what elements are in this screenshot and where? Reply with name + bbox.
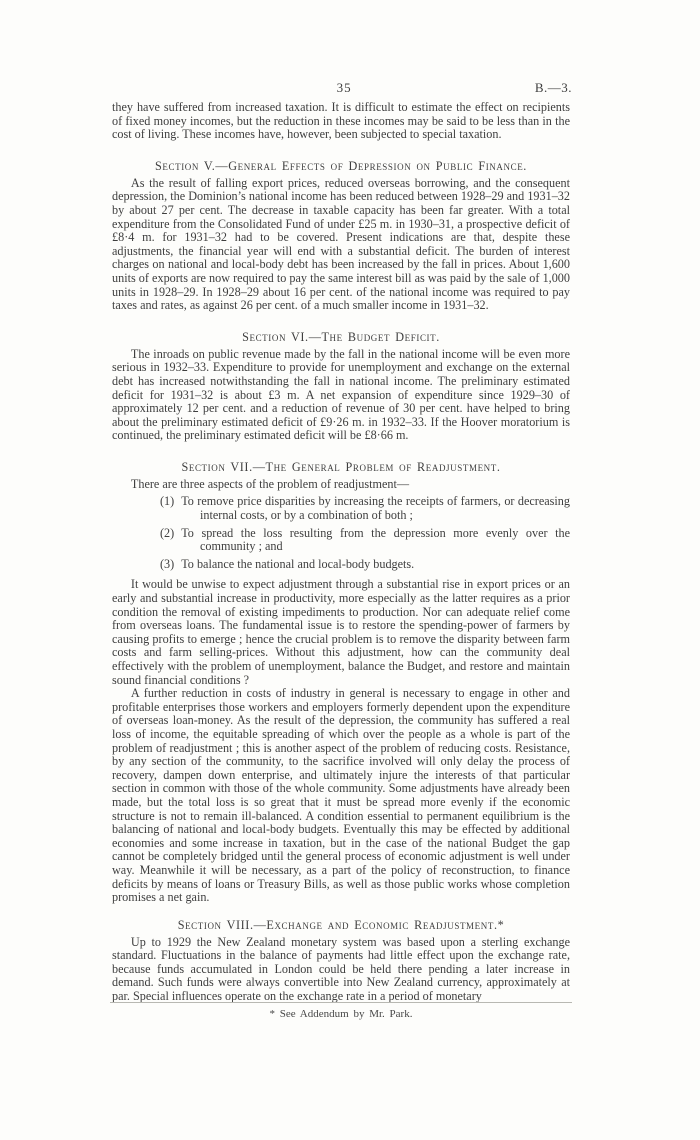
document-reference: B.—3. <box>535 80 572 96</box>
list-item-number: (3) <box>160 557 174 571</box>
section-v-heading: Section V.—General Effects of Depression… <box>112 159 570 173</box>
list-item-number: (1) <box>160 494 174 508</box>
section-vii-paragraph-1: It would be unwise to expect adjustment … <box>112 578 570 687</box>
section-vi-paragraph: The inroads on public revenue made by th… <box>112 348 570 443</box>
page-body: they have suffered from increased taxati… <box>112 101 570 1004</box>
section-vii-paragraph-2: A further reduction in costs of industry… <box>112 687 570 905</box>
list-item-text: To remove price disparities by increasin… <box>181 494 570 522</box>
list-item: (1)To remove price disparities by increa… <box>112 495 570 522</box>
list-item-number: (2) <box>160 526 174 540</box>
section-vi-heading: Section VI.—The Budget Deficit. <box>112 330 570 344</box>
footnote-rule <box>110 1002 572 1003</box>
section-vii-heading: Section VII.—The General Problem of Read… <box>112 460 570 474</box>
page-footnote: * See Addendum by Mr. Park. <box>110 1002 572 1020</box>
list-item-text: To balance the national and local-body b… <box>181 557 414 571</box>
section-viii-heading: Section VIII.—Exchange and Economic Read… <box>112 918 570 932</box>
page-header: 35 B.—3. <box>112 80 572 98</box>
section-v-paragraph: As the result of falling export prices, … <box>112 177 570 313</box>
continuation-paragraph: they have suffered from increased taxati… <box>112 101 570 142</box>
readjustment-aspects-list: (1)To remove price disparities by increa… <box>112 495 570 571</box>
section-vii-lead: There are three aspects of the problem o… <box>112 478 570 492</box>
section-viii-paragraph: Up to 1929 the New Zealand monetary syst… <box>112 936 570 1004</box>
list-item-text: To spread the loss resulting from the de… <box>181 526 570 554</box>
document-page: 35 B.—3. they have suffered from increas… <box>0 0 700 1140</box>
list-item: (2)To spread the loss resulting from the… <box>112 527 570 554</box>
footnote-text: * See Addendum by Mr. Park. <box>110 1008 572 1020</box>
list-item: (3)To balance the national and local-bod… <box>112 558 570 572</box>
page-number: 35 <box>337 80 352 96</box>
